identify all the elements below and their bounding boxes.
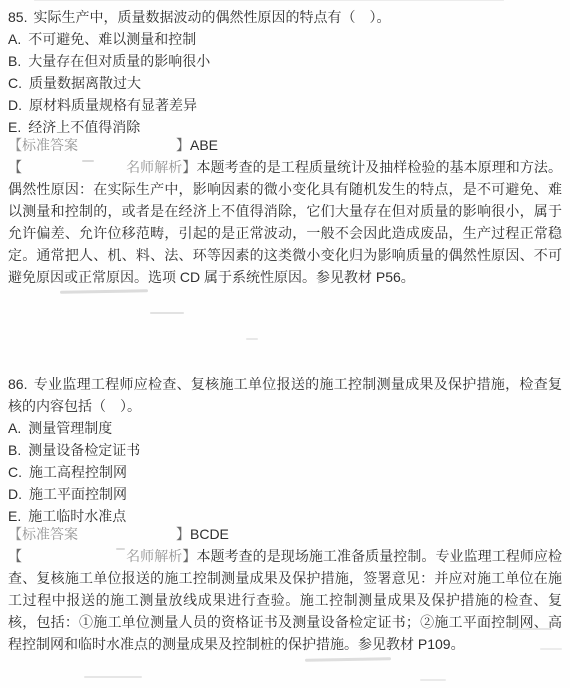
option-label: A.	[8, 420, 21, 436]
option-row: B.大量存在但对质量的影响很小	[8, 50, 562, 72]
answer-close-bracket: 】	[176, 137, 190, 153]
analysis-close-bracket: 】	[182, 548, 196, 564]
scan-smudge	[84, 676, 142, 678]
option-row: D.施工平面控制网	[8, 483, 562, 505]
answer-label: 【标准答案	[8, 137, 78, 153]
option-text: 施工平面控制网	[29, 486, 127, 502]
option-label: E.	[8, 508, 21, 524]
question-stem: 85.实际生产中，质量数据波动的偶然性原因的特点有（ ）。	[8, 6, 562, 28]
answer-line: 【标准答案】ABE	[8, 134, 562, 156]
option-label: D.	[8, 97, 22, 113]
analysis-label: 名师解析	[126, 159, 182, 175]
answer-line: 【标准答案】BCDE	[8, 523, 562, 545]
analysis-label: 名师解析	[126, 548, 182, 564]
analysis-close-bracket: 】	[182, 159, 196, 175]
option-label: B.	[8, 442, 21, 458]
question-number: 85.	[8, 9, 27, 25]
question-stem: 86.专业监理工程师应检查、复核施工单位报送的施工控制测量成果及保护措施，检查复…	[8, 373, 562, 417]
answer-close-bracket: 】	[176, 526, 190, 542]
option-row: A.不可避免、难以测量和控制	[8, 28, 562, 50]
question-number: 86.	[8, 376, 27, 392]
analysis-paragraph: 【名师解析】本题考查的是工程质量统计及抽样检验的基本原理和方法。偶然性原因：在实…	[8, 156, 562, 288]
option-row: B.测量设备检定证书	[8, 439, 562, 461]
question-block-86: 86.专业监理工程师应检查、复核施工单位报送的施工控制测量成果及保护措施，检查复…	[8, 373, 562, 655]
option-text: 施工临时水准点	[28, 508, 126, 524]
question-stem-text: 专业监理工程师应检查、复核施工单位报送的施工控制测量成果及保护措施，检查复核的内…	[8, 376, 562, 414]
option-label: E.	[8, 119, 21, 135]
analysis-open-bracket: 【	[8, 548, 22, 564]
option-text: 测量设备检定证书	[28, 442, 140, 458]
scan-smudge	[305, 657, 391, 662]
option-text: 大量存在但对质量的影响很小	[28, 53, 210, 69]
option-text: 质量数据离散过大	[29, 75, 141, 91]
option-label: B.	[8, 53, 21, 69]
answer-value: ABE	[190, 137, 218, 153]
option-text: 原材料质量规格有显著差异	[29, 97, 197, 113]
option-text: 经济上不值得消除	[28, 119, 140, 135]
answer-label: 【标准答案	[8, 526, 78, 542]
scan-smudge	[34, 0, 504, 1]
scan-smudge	[246, 338, 258, 340]
question-block-85: 85.实际生产中，质量数据波动的偶然性原因的特点有（ ）。 A.不可避免、难以测…	[8, 6, 562, 288]
option-row: A.测量管理制度	[8, 417, 562, 439]
option-row: C.质量数据离散过大	[8, 72, 562, 94]
analysis-paragraph: 【名师解析】本题考查的是现场施工准备质量控制。专业监理工程师应检查、复核施工单位…	[8, 545, 562, 655]
scanned-exam-page: 85.实际生产中，质量数据波动的偶然性原因的特点有（ ）。 A.不可避免、难以测…	[0, 0, 570, 688]
scan-smudge	[420, 679, 446, 681]
analysis-text: 本题考查的是现场施工准备质量控制。专业监理工程师应检查、复核施工单位报送的施工控…	[8, 548, 562, 652]
option-row: C.施工高程控制网	[8, 461, 562, 483]
option-row: D.原材料质量规格有显著差异	[8, 94, 562, 116]
option-label: A.	[8, 31, 21, 47]
question-separator	[8, 288, 562, 373]
scan-smudge	[150, 312, 184, 314]
question-stem-text: 实际生产中，质量数据波动的偶然性原因的特点有（ ）。	[33, 9, 390, 25]
option-label: C.	[8, 464, 22, 480]
option-label: D.	[8, 486, 22, 502]
scan-smudge	[512, 628, 552, 630]
answer-value: BCDE	[190, 526, 229, 542]
analysis-open-bracket: 【	[8, 159, 22, 175]
scan-smudge	[116, 548, 125, 550]
analysis-text: 本题考查的是工程质量统计及抽样检验的基本原理和方法。偶然性原因：在实际生产中，影…	[8, 159, 562, 285]
option-label: C.	[8, 75, 22, 91]
option-text: 不可避免、难以测量和控制	[28, 31, 196, 47]
scan-smudge	[540, 648, 562, 650]
option-text: 施工高程控制网	[29, 464, 127, 480]
scan-smudge	[82, 160, 94, 162]
option-text: 测量管理制度	[28, 420, 112, 436]
